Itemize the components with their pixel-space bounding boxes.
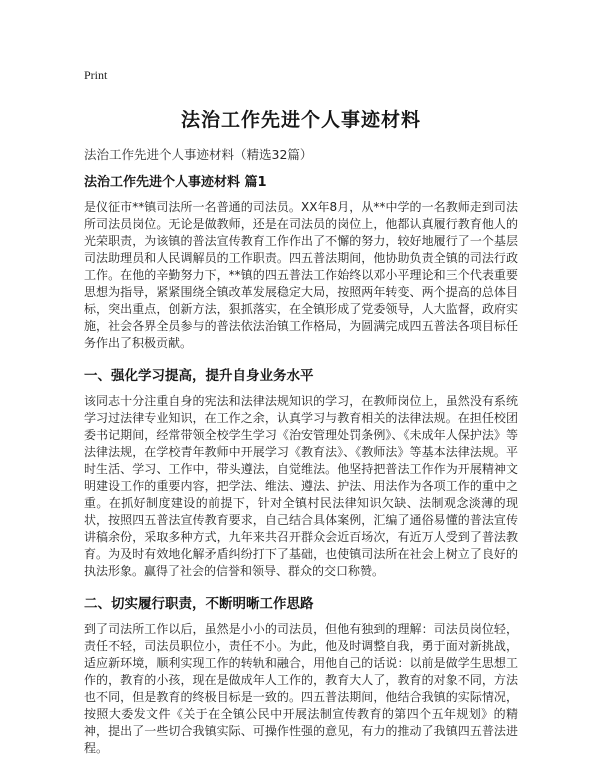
section-heading-part1: 法治工作先进个人事迹材料 篇1 — [84, 171, 518, 190]
document-subtitle: 法治工作先进个人事迹材料（精选32篇） — [84, 145, 518, 163]
sub-heading-1: 一、强化学习提高，提升自身业务水平 — [84, 364, 518, 384]
document-page: Print 法治工作先进个人事迹材料 法治工作先进个人事迹材料（精选32篇） 法… — [0, 0, 600, 776]
paragraph-study: 该同志十分注重自身的宪法和法律法规知识的学习，在教师岗位上，虽然没有系统学习过法… — [84, 393, 518, 580]
sub-heading-2: 二、切实履行职责，不断明晰工作思路 — [84, 592, 518, 612]
document-title: 法治工作先进个人事迹材料 — [84, 105, 518, 132]
paragraph-duty: 到了司法所工作以后，虽然是小小的司法员，但他有独到的理解：司法员岗位轻，责任不轻… — [84, 621, 518, 757]
print-link[interactable]: Print — [84, 68, 107, 83]
paragraph-intro: 是仪征市**镇司法所一名普通的司法员。XX年8月，从**中学的一名教师走到司法所… — [84, 199, 518, 352]
